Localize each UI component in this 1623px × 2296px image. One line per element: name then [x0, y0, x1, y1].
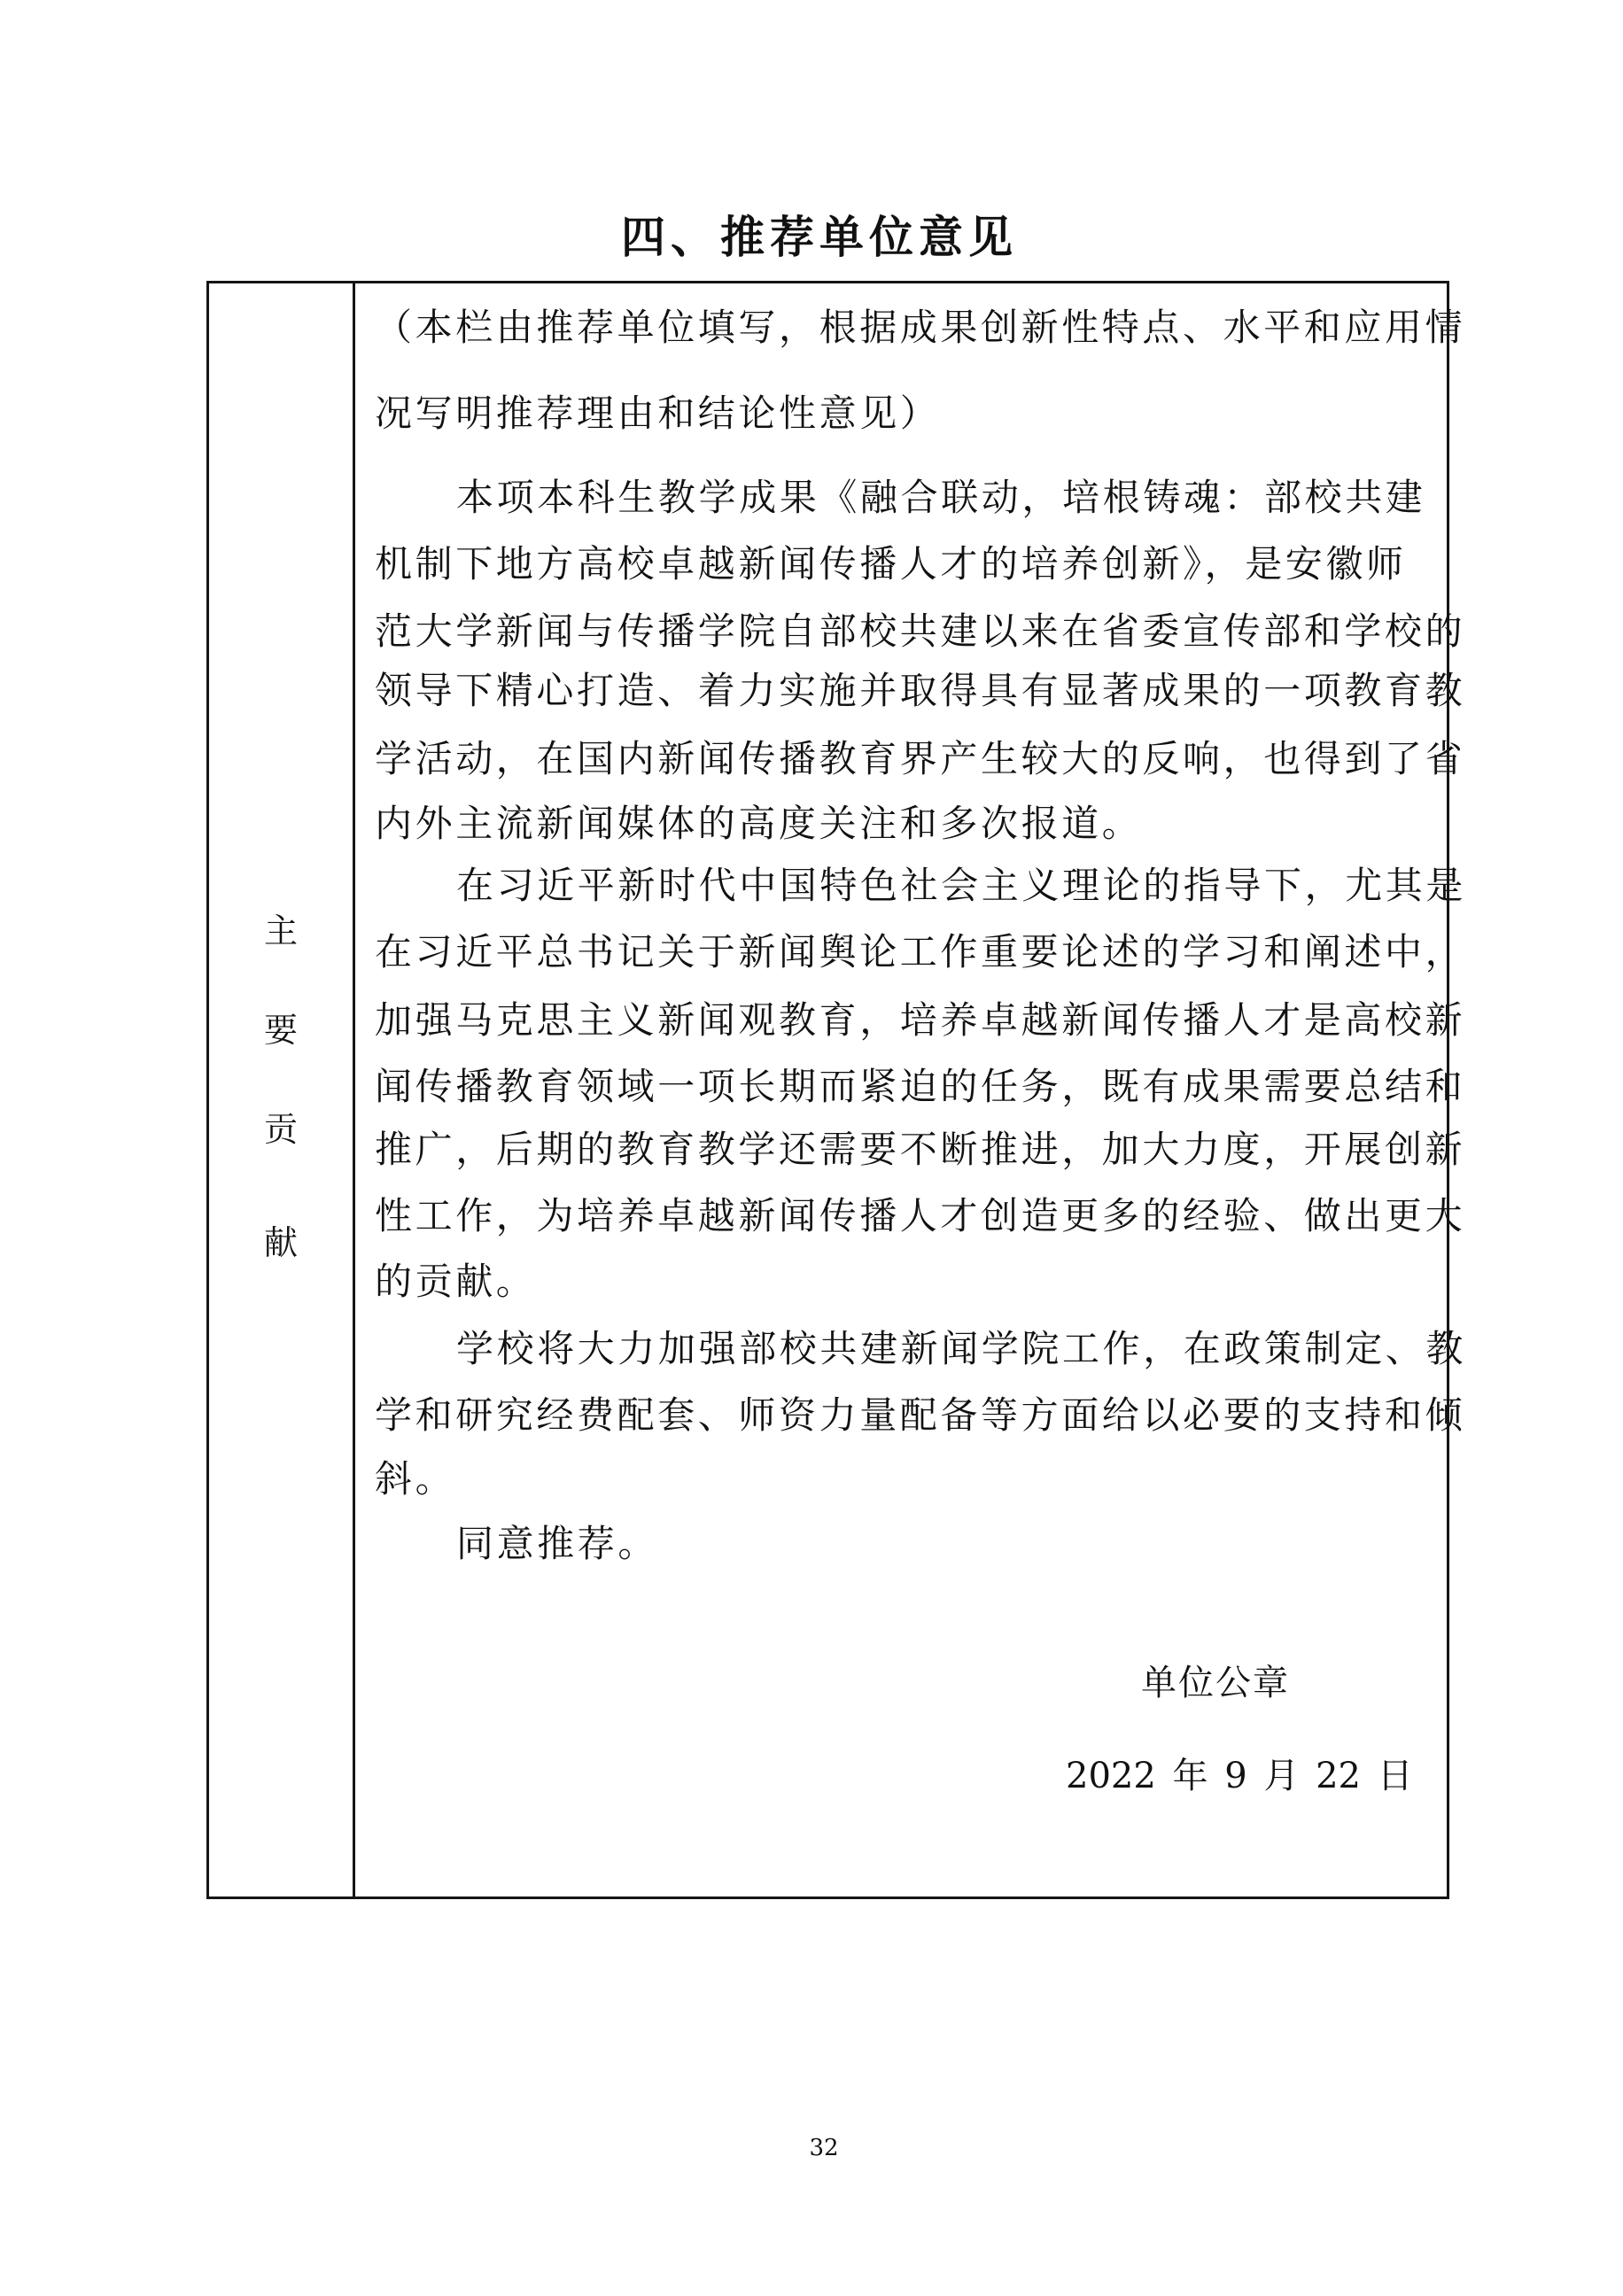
body-line: 推广，后期的教育教学还需要不断推进，加大力度，开展创新	[375, 1128, 1465, 1172]
body-line: 内外主流新闻媒体的高度关注和多次报道。	[375, 802, 1142, 846]
unit-seal-label: 单位公章	[1141, 1661, 1290, 1705]
body-line: 性工作，为培养卓越新闻传播人才创造更多的经验、做出更大	[375, 1194, 1465, 1238]
label-char-yao: 要	[209, 1011, 353, 1050]
signing-date: 2022 年 9 月 22 日	[1066, 1754, 1413, 1798]
body-line: 在习近平新时代中国特色社会主义理论的指导下，尤其是	[456, 864, 1466, 908]
recommendation-table: 主 要 贡 献 （本栏由推荐单位填写，根据成果创新性特点、水平和应用情 况写明推…	[206, 281, 1449, 1899]
instruction-line: （本栏由推荐单位填写，根据成果创新性特点、水平和应用情	[375, 306, 1465, 350]
page-number: 32	[0, 2135, 1623, 2161]
body-line: 范大学新闻与传播学院自部校共建以来在省委宣传部和学校的	[375, 609, 1465, 654]
body-line: 在习近平总书记关于新闻舆论工作重要论述的学习和阐述中，	[375, 930, 1465, 974]
body-line: 斜。	[375, 1457, 455, 1501]
body-line: 本项本科生教学成果《融合联动，培根铸魂：部校共建	[456, 476, 1425, 520]
label-column: 主 要 贡 献	[209, 283, 353, 1897]
label-char-gong: 贡	[209, 1110, 353, 1149]
instruction-line: 况写明推荐理由和结论性意见）	[375, 392, 940, 436]
body-line: 的贡献。	[375, 1260, 536, 1304]
body-line: 学校将大力加强部校共建新闻学院工作，在政策制定、教	[456, 1327, 1466, 1371]
label-char-zhu: 主	[209, 911, 353, 950]
body-line: 同意推荐。	[456, 1522, 658, 1566]
body-line: 闻传播教育领域一项长期而紧迫的任务，既有成果需要总结和	[375, 1065, 1465, 1109]
label-char-xian: 献	[209, 1223, 353, 1262]
column-divider	[353, 283, 355, 1897]
body-line: 学活动，在国内新闻传播教育界产生较大的反响，也得到了省	[375, 737, 1465, 781]
body-line: 机制下地方高校卓越新闻传播人才的培养创新》，是安徽师	[375, 542, 1407, 586]
section-title: 四、推荐单位意见	[0, 211, 1623, 264]
body-line: 加强马克思主义新闻观教育，培养卓越新闻传播人才是高校新	[375, 998, 1465, 1043]
body-line: 领导下精心打造、着力实施并取得具有显著成果的一项教育教	[375, 669, 1465, 713]
body-line: 学和研究经费配套、师资力量配备等方面给以必要的支持和倾	[375, 1393, 1465, 1438]
